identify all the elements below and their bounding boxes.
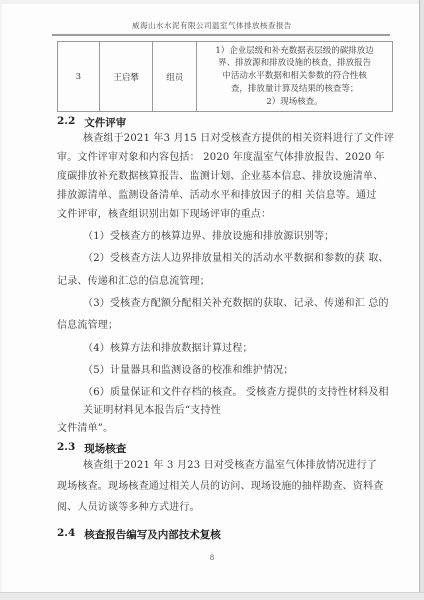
header-rule <box>52 34 390 36</box>
verification-team-table: 3 王启攀 组员 1）企业层级和补充数据表层级的碳排放边 界、排放源和排放设施的… <box>57 41 393 112</box>
body-line: （1）受核查方的核算边界、排放设施和排放源识别等； <box>57 231 419 243</box>
body-line: 文件评审，核查组识别出如下现场评审的重点： <box>57 209 393 221</box>
scan-edge-right <box>419 0 424 600</box>
duty-line: 中活动水平数据和相关参数的符合性核 <box>222 70 367 83</box>
report-page: 威海山水水泥有限公司温室气体排放核查报告 3 王启攀 组员 1）企业层级和补充数… <box>0 0 424 600</box>
body-line: 排放源清单、监测设备清单、活动水平和排放因子的相 关信息等。通过 <box>57 190 393 202</box>
section-title: 现场核查 <box>84 441 126 456</box>
body-line: （2）受核查方法人边界排放量相关的活动水平数据和参数的获 取、 <box>57 253 419 265</box>
section-title: 核查报告编写及内部技术复核 <box>84 527 221 542</box>
document-header-title: 威海山水水泥有限公司温室气体排放核查报告 <box>0 20 424 31</box>
section-number: 2.2 <box>57 115 75 130</box>
body-line: （6）质量保证和文件存档的核查。 受核查方提供的支持性材料及相 <box>57 387 419 399</box>
section-heading-2-4: 2.4 核查报告编写及内部技术复核 <box>57 527 221 542</box>
scan-edge-bottom <box>0 592 424 600</box>
body-line: （3）受核查方配额分配相关补充数据的获取、记录、传递和汇 总的 <box>57 298 419 310</box>
body-line: 阅、人员访谈等多种方式进行。 <box>57 502 393 514</box>
table-cell-duties: 1）企业层级和补充数据表层级的碳排放边 界、排放源和排放设施的核查，排放报告 中… <box>197 42 392 111</box>
section-heading-2-3: 2.3 现场核查 <box>57 441 126 456</box>
body-line: 现场核查。现场核查通过相关人员的访问、现场设施的抽样勘查、资料查 <box>57 481 393 493</box>
duty-line: 2）现场核查。 <box>266 96 322 109</box>
scan-edge-left <box>0 0 2 600</box>
body-line: （4）核算方法和排放数据计算过程； <box>57 343 419 355</box>
section-number: 2.3 <box>57 441 75 456</box>
body-line: 文件清单”。 <box>57 423 393 435</box>
section-number: 2.4 <box>57 527 75 542</box>
body-line: 记录、传递和汇总的信息流管理； <box>57 276 393 288</box>
body-line: 核查组于2021 年3 月15 日对受核查方提供的相关资料进行了文件评 <box>57 133 419 145</box>
section-title: 文件评审 <box>84 115 126 130</box>
body-line: 核查组于2021 年 3 月23 日对受核查方温室气体排放情况进行了 <box>57 460 419 472</box>
body-line: 审。文件评审对象和内容包括： 2020 年度温室气体排放报告、2020 年 <box>57 152 393 164</box>
body-line: 度碳排放补充数据核算报告、监测计划、企业基本信息、排放设施清单、 <box>57 171 393 183</box>
duty-line: 界、排放源和排放设施的核查，排放报告 <box>218 57 371 70</box>
body-line: 关证明材料见本报告后“支持性 <box>57 405 419 417</box>
duty-line: 1）企业层级和补充数据表层级的碳排放边 <box>215 45 373 58</box>
table-cell-name: 王启攀 <box>100 42 154 111</box>
scan-edge-top <box>0 0 424 4</box>
page-number: 8 <box>0 554 424 562</box>
body-line: （5）计量器具和监测设备的校准和维护情况； <box>57 365 419 377</box>
section-heading-2-2: 2.2 文件评审 <box>57 115 126 130</box>
body-line: 信息流管理； <box>57 320 393 332</box>
table-cell-role: 组员 <box>153 42 197 111</box>
table-cell-index: 3 <box>58 42 100 111</box>
duty-line: 查，排放量计算及结果的核查等； <box>231 83 359 96</box>
